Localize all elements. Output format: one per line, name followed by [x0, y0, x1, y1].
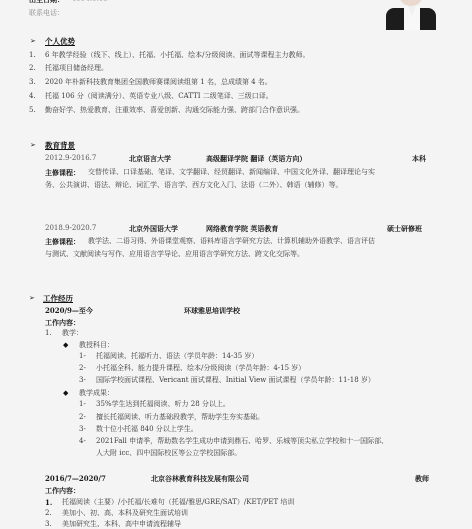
- job-item: 美加研究生、本科、高中申请流程辅导: [62, 520, 181, 529]
- result-item: 擅长托福阅读、听力基础段教学，帮助学生夯实基础。: [96, 413, 264, 422]
- advantage-item: 勤奋好学、热爱教育、注重效率、喜爱创新、沟通交际能力强、跨部门合作意识强。: [45, 106, 304, 115]
- list-num: 2-: [79, 364, 86, 373]
- list-num: 3.: [45, 520, 52, 529]
- edu-period: 2012.9-2016.7: [45, 154, 96, 163]
- list-num: 3-: [79, 425, 86, 434]
- section-title-work: 工作经历: [43, 293, 73, 304]
- list-num: 1.: [29, 51, 36, 60]
- edu-courses-label: 主修课程：: [45, 237, 80, 246]
- job-content-label: 工作内容：: [45, 318, 80, 327]
- edu-degree: 硕士研修班: [387, 224, 422, 233]
- job-item: 美加小、初、高、本科及研究生面试培训: [62, 509, 188, 518]
- phone-label: 联系电话：: [29, 9, 64, 18]
- profile-photo: [382, 0, 440, 30]
- list-num: 2-: [79, 413, 86, 422]
- edu-courses-text: 与测试、文献阅读与写作、应用语言学导论、应用语言学研究方法、跨文化交际等。: [45, 250, 304, 259]
- section-arrow-icon: ➢: [30, 141, 36, 149]
- list-num: 1.: [45, 329, 52, 338]
- list-num: 3.: [29, 78, 36, 87]
- subject-item: 小托福全科、能力提升课程、绘本/分级阅读（学员年龄：4-15 岁）: [96, 364, 305, 373]
- subjects-label: 教授科目：: [79, 341, 114, 350]
- section-title-education: 教育背景: [45, 140, 75, 151]
- result-item: 2021Fall 申请季，帮助数名学生成功申请到鼎石、哈罗、乐城等顶尖私立学校和…: [96, 437, 388, 446]
- section-title-advantages: 个人优势: [45, 36, 75, 47]
- list-num: 5.: [29, 106, 36, 115]
- edu-courses-label: 主修课程：: [45, 168, 80, 177]
- subject-item: 托福阅读、托福听力、语法（学员年龄：14-35 岁）: [96, 352, 258, 361]
- diamond-bullet-icon: ◆: [63, 341, 68, 349]
- advantage-item: 6 年教学经验（线下、线上）、托福、小托福、绘本/分级阅读、面试等课程主力教师。: [45, 51, 310, 60]
- job-role: 教师: [415, 474, 429, 483]
- results-label: 教学成果：: [79, 389, 114, 398]
- job-company: 北京谷林教育科技发展有限公司: [151, 474, 249, 483]
- list-num: 1.: [45, 498, 52, 507]
- job-period: 2016/7—2020/7: [45, 474, 106, 483]
- edu-school: 北京语言大学: [129, 154, 171, 163]
- list-num: 2.: [29, 64, 36, 73]
- subject-item: 国际学校面试课程、Vericant 面试课程、Initial View 面试课程…: [96, 376, 375, 385]
- diamond-bullet-icon: ◆: [63, 389, 68, 397]
- result-item: 35%学生达到托福阅读、听力 28 分以上。: [96, 400, 230, 409]
- edu-courses-text: 交替传译、口译基础、笔译、文学翻译、经贸翻译、新闻编译、中国文化外译、翻译理论与…: [88, 168, 375, 177]
- edu-major: 高级翻译学院 翻译（英语方向）: [206, 154, 306, 163]
- advantage-item: 托福 106 分（阅读满分）、英语专业八级、CATTI 二级笔译、三级口译。: [45, 92, 273, 101]
- job-period: 2020/9—至今: [45, 306, 93, 315]
- list-num: 4.: [29, 92, 36, 101]
- job-item: 托福阅读（主要）/小托福/长难句（托福/雅思/GRE/SAT）/KET/PET …: [62, 498, 294, 507]
- job-company: 环球雅思培训学校: [184, 306, 240, 315]
- edu-courses-text: 教学法、二语习得、外语课堂观察、语料库语言学研究方法、计算机辅助外语教学、语言评…: [88, 237, 375, 246]
- edu-degree: 本科: [412, 154, 426, 163]
- resume-page: 出生日期： 1994.6.18 联系电话： ➢ 个人优势 1. 6 年教学经验（…: [0, 0, 472, 529]
- list-num: 1-: [79, 400, 86, 409]
- list-num: 4-: [79, 437, 86, 446]
- section-arrow-icon: ➢: [30, 37, 36, 45]
- advantage-item: 2020 年朴新科技教育集团全国教师赛课阅读组第 1 名，总成绩第 4 名。: [45, 78, 272, 87]
- list-num: 1-: [79, 352, 86, 361]
- list-num: 2.: [45, 509, 52, 518]
- teach-label: 教学：: [62, 329, 83, 338]
- edu-school: 北京外国语大学: [129, 224, 178, 233]
- birth-value: 1994.6.18: [72, 0, 108, 4]
- photo-face: [400, 0, 422, 6]
- list-num: 3-: [79, 376, 86, 385]
- section-arrow-icon: ➢: [29, 294, 35, 302]
- edu-major: 网络教育学院 英语教育: [206, 224, 278, 233]
- edu-period: 2018.9-2020.7: [45, 224, 96, 233]
- result-item: 数十位小托福 840 分以上学生。: [96, 425, 198, 434]
- edu-courses-text: 务、公共演讲、语法、辩论、词汇学、语言学、西方文化入门、法语（二外）、韩语（辅修…: [45, 181, 343, 190]
- job-content-label: 工作内容：: [45, 486, 80, 495]
- advantage-item: 托福项目储备经理。: [45, 64, 108, 73]
- birth-label: 出生日期：: [29, 0, 64, 4]
- result-item-cont: 人大附 icc、四中国际校区等公立学校国际部。: [96, 449, 241, 458]
